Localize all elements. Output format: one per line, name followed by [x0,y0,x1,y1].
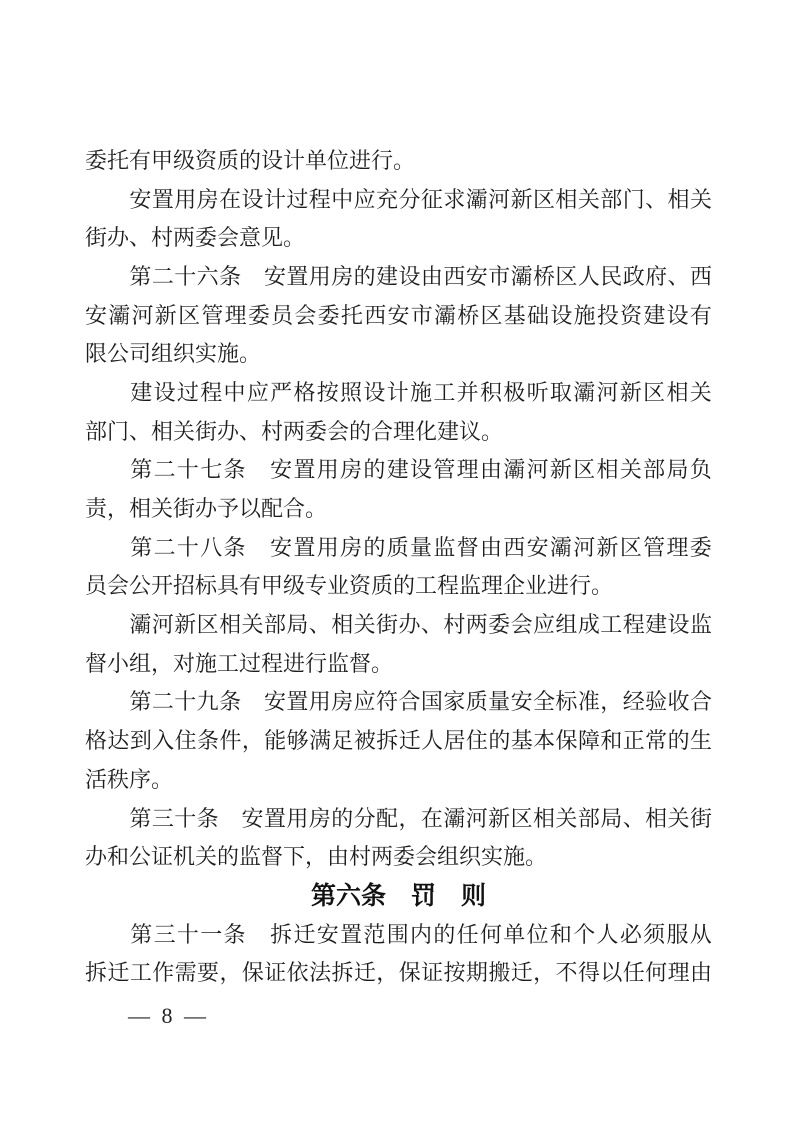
document-line: 安置用房在设计过程中应充分征求灞河新区相关部门、相关 [85,179,712,218]
document-line: 建设过程中应严格按照设计施工并积极听取灞河新区相关 [85,372,712,411]
document-line: 第二十七条 安置用房的建设管理由灞河新区相关部局负 [85,450,712,489]
document-body: 委托有甲级资质的设计单位进行。安置用房在设计过程中应充分征求灞河新区相关部门、相… [85,140,712,991]
section-heading: 第六条 罚 则 [85,875,712,914]
document-line: 第三十条 安置用房的分配，在灞河新区相关部局、相关街 [85,798,712,837]
document-line: 活秩序。 [85,759,712,798]
document-line: 限公司组织实施。 [85,333,712,372]
page-number-footer: — 8 — [128,1003,209,1029]
document-line: 第二十六条 安置用房的建设由西安市灞桥区人民政府、西 [85,256,712,295]
document-line: 第三十一条 拆迁安置范围内的任何单位和个人必须服从 [85,914,712,953]
document-line: 拆迁工作需要，保证依法拆迁，保证按期搬迁，不得以任何理由 [85,952,712,991]
document-line: 灞河新区相关部局、相关街办、村两委会应组成工程建设监 [85,604,712,643]
document-line: 办和公证机关的监督下，由村两委会组织实施。 [85,836,712,875]
document-line: 安灞河新区管理委员会委托西安市灞桥区基础设施投资建设有 [85,295,712,334]
document-line: 格达到入住条件，能够满足被拆迁人居住的基本保障和正常的生 [85,720,712,759]
document-line: 责，相关街办予以配合。 [85,488,712,527]
document-line: 部门、相关街办、村两委会的合理化建议。 [85,411,712,450]
document-line: 委托有甲级资质的设计单位进行。 [85,140,712,179]
document-line: 第二十九条 安置用房应符合国家质量安全标准，经验收合 [85,682,712,721]
document-page: 委托有甲级资质的设计单位进行。安置用房在设计过程中应充分征求灞河新区相关部门、相… [0,0,793,1122]
document-line: 督小组，对施工过程进行监督。 [85,643,712,682]
document-line: 第二十八条 安置用房的质量监督由西安灞河新区管理委 [85,527,712,566]
document-line: 街办、村两委会意见。 [85,217,712,256]
document-line: 员会公开招标具有甲级专业资质的工程监理企业进行。 [85,566,712,605]
